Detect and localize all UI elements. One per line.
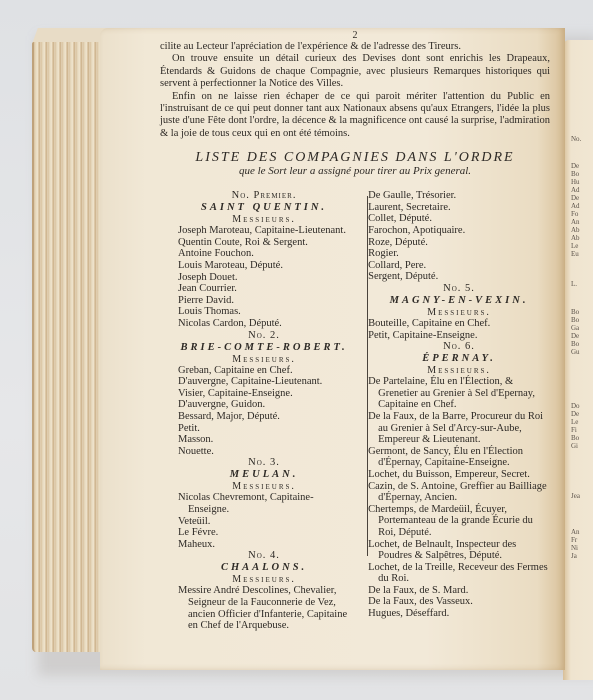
member-entry: Laurent, Secretaire.	[368, 202, 550, 214]
facing-page-text: Do	[571, 402, 580, 410]
member-entry: Messire André Descolines, Chevalier, Sei…	[178, 585, 350, 631]
member-entry: Veteüil.	[178, 516, 350, 528]
member-entry: Sergent, Député.	[368, 271, 550, 283]
member-entry: De Partelaine, Élu en l'Élection, & Gren…	[368, 376, 550, 411]
member-entry: Collard, Pere.	[368, 260, 550, 272]
facing-page-text: Le	[571, 418, 578, 426]
member-entry: De Gaulle, Trésorier.	[368, 190, 550, 202]
member-entry: Jean Courrier.	[178, 283, 350, 295]
column-divider	[367, 196, 368, 556]
member-entry: Bessard, Major, Député.	[178, 411, 350, 423]
messieurs-label: Messieurs.	[178, 481, 350, 492]
company-3: No. 3. MEULAN. Messieurs. Nicolas Chevre…	[178, 457, 350, 550]
facing-page-text: L.	[571, 280, 577, 288]
intro-paragraph: Enfin on ne laisse rien échaper de ce qu…	[160, 91, 550, 141]
company-2: No. 2. BRIE-COMTE-ROBERT. Messieurs. Gre…	[178, 330, 350, 458]
company-6: No. 6. ÉPERNAY. Messieurs. De Partelaine…	[368, 341, 550, 619]
member-entry: D'auvergne, Guidon.	[178, 399, 350, 411]
facing-page-text: An	[571, 218, 580, 226]
facing-page-text: Fr	[571, 536, 577, 544]
company-city: ÉPERNAY.	[368, 353, 550, 365]
member-entry: Nicolas Chevremont, Capitaine-Enseigne.	[178, 492, 350, 515]
member-entry: Nouette.	[178, 446, 350, 458]
member-entry: Cazin, de S. Antoine, Greffier au Bailli…	[368, 481, 550, 504]
facing-page-text: Ni	[571, 544, 578, 552]
facing-page-text: Fo	[571, 210, 578, 218]
page-stack-fore-edge	[32, 42, 106, 652]
company-list: No. Premier. SAINT QUENTIN. Messieurs. J…	[160, 190, 550, 631]
member-entry: Greban, Capitaine en Chef.	[178, 365, 350, 377]
member-entry: Chertemps, de Mardeüil, Écuyer, Porteman…	[368, 504, 550, 539]
company-number: No. Premier.	[178, 190, 350, 202]
facing-page-text: Ab	[571, 234, 580, 242]
member-entry: Farochon, Apotiquaire.	[368, 225, 550, 237]
list-title: LISTE DES COMPAGNIES DANS L'ORDRE	[160, 150, 550, 165]
company-city: CHAALONS.	[178, 562, 350, 574]
member-entry: Roze, Député.	[368, 237, 550, 249]
facing-page-text: Le	[571, 242, 578, 250]
member-entry: De la Faux, des Vasseux.	[368, 596, 550, 608]
intro-paragraph: cilite au Lecteur l'apréciation de l'exp…	[160, 41, 550, 53]
member-entry: Louis Maroteau, Député.	[178, 260, 350, 272]
right-column: De Gaulle, Trésorier. Laurent, Secretair…	[350, 190, 550, 631]
company-city: SAINT QUENTIN.	[178, 202, 350, 214]
messieurs-label: Messieurs.	[178, 354, 350, 365]
member-entry: Visier, Capitaine-Enseigne.	[178, 388, 350, 400]
intro-paragraph: On trouve ensuite un détail curieux des …	[160, 53, 550, 90]
facing-page-text: Ad	[571, 202, 580, 210]
member-entry: Hugues, Déseffard.	[368, 608, 550, 620]
page-number: 2	[160, 30, 550, 41]
member-entry: Joseph Douet.	[178, 272, 350, 284]
facing-page-text: Fi	[571, 426, 577, 434]
facing-page-text: De	[571, 410, 579, 418]
messieurs-label: Messieurs.	[178, 574, 350, 585]
company-1: No. Premier. SAINT QUENTIN. Messieurs. J…	[178, 190, 350, 329]
company-city: MAGNY-EN-VEXIN.	[368, 295, 550, 307]
facing-page-text: Bo	[571, 308, 579, 316]
member-entry: De la Faux, de S. Mard.	[368, 585, 550, 597]
member-entry: Lochet, du Buisson, Empereur, Secret.	[368, 469, 550, 481]
facing-page-text: Bo	[571, 340, 579, 348]
facing-page-text: De	[571, 162, 579, 170]
member-entry: De la Faux, de la Barre, Procureur du Ro…	[368, 411, 550, 446]
facing-page-text: Hu	[571, 178, 580, 186]
member-entry: Lochet, de la Treille, Receveur des Ferm…	[368, 562, 550, 585]
facing-page-text: No.	[571, 135, 581, 143]
member-entry: Maheux.	[178, 539, 350, 551]
member-entry: Lochet, de Belnault, Inspecteur des Poud…	[368, 539, 550, 562]
facing-page-text: Ab	[571, 226, 580, 234]
facing-page-text: Jea	[571, 492, 580, 500]
company-4-continued: De Gaulle, Trésorier. Laurent, Secretair…	[368, 190, 550, 283]
facing-page-text: An	[571, 528, 580, 536]
facing-page-text: Bo	[571, 170, 579, 178]
company-number: No. 6.	[368, 341, 550, 353]
left-column: No. Premier. SAINT QUENTIN. Messieurs. J…	[160, 190, 350, 631]
facing-page-text: Gu	[571, 348, 580, 356]
facing-page-text: De	[571, 332, 579, 340]
company-number: No. 5.	[368, 283, 550, 295]
messieurs-label: Messieurs.	[368, 307, 550, 318]
company-number: No. 2.	[178, 330, 350, 342]
member-entry: Quentin Coute, Roi & Sergent.	[178, 237, 350, 249]
messieurs-label: Messieurs.	[178, 214, 350, 225]
member-entry: Petit.	[178, 423, 350, 435]
messieurs-label: Messieurs.	[368, 365, 550, 376]
facing-page-text: Eu	[571, 250, 579, 258]
member-entry: Germont, de Sancy, Élu en l'Élection d'É…	[368, 446, 550, 469]
member-entry: D'auvergne, Capitaine-Lieutenant.	[178, 376, 350, 388]
member-entry: Rogier.	[368, 248, 550, 260]
member-entry: Antoine Fouchon.	[178, 248, 350, 260]
facing-page-text: Bo	[571, 434, 579, 442]
member-entry: Pierre David.	[178, 295, 350, 307]
member-entry: Nicolas Cardon, Député.	[178, 318, 350, 330]
member-entry: Bouteille, Capitaine en Chef.	[368, 318, 550, 330]
company-4: No. 4. CHAALONS. Messieurs. Messire Andr…	[178, 550, 350, 631]
facing-page-text: Ad	[571, 186, 580, 194]
company-city: MEULAN.	[178, 469, 350, 481]
facing-page-text: Gi	[571, 442, 578, 450]
company-number: No. 3.	[178, 457, 350, 469]
facing-page-text: Bo	[571, 316, 579, 324]
member-entry: Collet, Député.	[368, 213, 550, 225]
page-content: 2 cilite au Lecteur l'apréciation de l'e…	[160, 30, 550, 632]
list-subtitle: que le Sort leur a assigné pour tirer au…	[160, 165, 550, 178]
facing-page-text: Ja	[571, 552, 577, 560]
facing-page-text: Ga	[571, 324, 579, 332]
facing-page: No. De Bo Hu Ad De Ad Fo An Ab Ab Le Eu …	[563, 40, 593, 680]
company-number: No. 4.	[178, 550, 350, 562]
member-entry: Joseph Maroteau, Capitaine-Lieutenant.	[178, 225, 350, 237]
member-entry: Louis Thomas.	[178, 306, 350, 318]
company-5: No. 5. MAGNY-EN-VEXIN. Messieurs. Boutei…	[368, 283, 550, 341]
member-entry: Masson.	[178, 434, 350, 446]
company-city: BRIE-COMTE-ROBERT.	[178, 342, 350, 354]
facing-page-text: De	[571, 194, 579, 202]
member-entry: Le Févre.	[178, 527, 350, 539]
member-entry: Petit, Capitaine-Enseigne.	[368, 330, 550, 342]
